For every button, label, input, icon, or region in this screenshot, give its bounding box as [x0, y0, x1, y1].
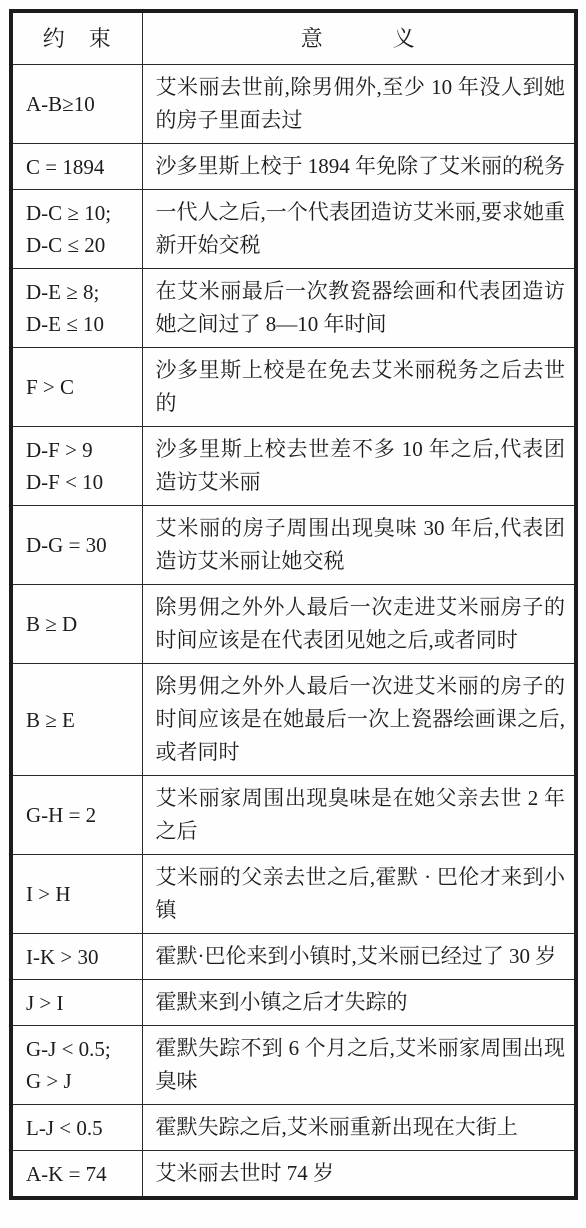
table-row: A-B≥10艾米丽去世前,除男佣外,至少 10 年没人到她的房子里面去过 [11, 65, 576, 144]
meaning-cell: 艾米丽去世时 74 岁 [142, 1151, 576, 1199]
constraint-cell: A-B≥10 [11, 65, 142, 144]
table-header: 约 束 意 义 [11, 11, 576, 65]
constraint-cell: G-H = 2 [11, 776, 142, 855]
table-row: I-K > 30霍默·巴伦来到小镇时,艾米丽已经过了 30 岁 [11, 934, 576, 980]
table-row: D-C ≥ 10; D-C ≤ 20一代人之后,一个代表团造访艾米丽,要求她重新… [11, 190, 576, 269]
header-row: 约 束 意 义 [11, 11, 576, 65]
constraint-cell: D-F > 9 D-F < 10 [11, 427, 142, 506]
table-row: D-E ≥ 8; D-E ≤ 10在艾米丽最后一次教瓷器绘画和代表团造访她之间过… [11, 269, 576, 348]
meaning-cell: 艾米丽家周围出现臭味是在她父亲去世 2 年之后 [142, 776, 576, 855]
table-row: B ≥ D除男佣之外外人最后一次走进艾米丽房子的时间应该是在代表团见她之后,或者… [11, 585, 576, 664]
scanned-page: 约 束 意 义 A-B≥10艾米丽去世前,除男佣外,至少 10 年没人到她的房子… [0, 0, 586, 1228]
constraint-cell: B ≥ E [11, 664, 142, 776]
constraint-cell: B ≥ D [11, 585, 142, 664]
meaning-cell: 艾米丽的房子周围出现臭味 30 年后,代表团造访艾米丽让她交税 [142, 506, 576, 585]
constraint-cell: C = 1894 [11, 144, 142, 190]
meaning-cell: 在艾米丽最后一次教瓷器绘画和代表团造访她之间过了 8—10 年时间 [142, 269, 576, 348]
constraint-cell: D-E ≥ 8; D-E ≤ 10 [11, 269, 142, 348]
column-header-constraint: 约 束 [11, 11, 142, 65]
column-header-meaning: 意 义 [142, 11, 576, 65]
constraint-cell: I > H [11, 855, 142, 934]
meaning-cell: 艾米丽的父亲去世之后,霍默 · 巴伦才来到小镇 [142, 855, 576, 934]
constraint-cell: I-K > 30 [11, 934, 142, 980]
table-row: F > C沙多里斯上校是在免去艾米丽税务之后去世的 [11, 348, 576, 427]
constraint-cell: G-J < 0.5; G > J [11, 1026, 142, 1105]
table-row: G-H = 2艾米丽家周围出现臭味是在她父亲去世 2 年之后 [11, 776, 576, 855]
table-row: L-J < 0.5霍默失踪之后,艾米丽重新出现在大街上 [11, 1105, 576, 1151]
meaning-cell: 沙多里斯上校于 1894 年免除了艾米丽的税务 [142, 144, 576, 190]
table-row: D-G = 30艾米丽的房子周围出现臭味 30 年后,代表团造访艾米丽让她交税 [11, 506, 576, 585]
constraint-cell: L-J < 0.5 [11, 1105, 142, 1151]
table-row: C = 1894沙多里斯上校于 1894 年免除了艾米丽的税务 [11, 144, 576, 190]
table-row: G-J < 0.5; G > J霍默失踪不到 6 个月之后,艾米丽家周围出现臭味 [11, 1026, 576, 1105]
constraint-cell: A-K = 74 [11, 1151, 142, 1199]
table-row: J > I霍默来到小镇之后才失踪的 [11, 980, 576, 1026]
meaning-cell: 艾米丽去世前,除男佣外,至少 10 年没人到她的房子里面去过 [142, 65, 576, 144]
table-row: D-F > 9 D-F < 10沙多里斯上校去世差不多 10 年之后,代表团造访… [11, 427, 576, 506]
table-row: A-K = 74艾米丽去世时 74 岁 [11, 1151, 576, 1199]
constraint-table: 约 束 意 义 A-B≥10艾米丽去世前,除男佣外,至少 10 年没人到她的房子… [9, 9, 578, 1200]
meaning-cell: 沙多里斯上校去世差不多 10 年之后,代表团造访艾米丽 [142, 427, 576, 506]
constraint-cell: F > C [11, 348, 142, 427]
constraint-cell: J > I [11, 980, 142, 1026]
meaning-cell: 一代人之后,一个代表团造访艾米丽,要求她重新开始交税 [142, 190, 576, 269]
meaning-cell: 沙多里斯上校是在免去艾米丽税务之后去世的 [142, 348, 576, 427]
meaning-cell: 除男佣之外外人最后一次进艾米丽的房子的时间应该是在她最后一次上瓷器绘画课之后,或… [142, 664, 576, 776]
constraint-cell: D-G = 30 [11, 506, 142, 585]
constraint-cell: D-C ≥ 10; D-C ≤ 20 [11, 190, 142, 269]
table-body: A-B≥10艾米丽去世前,除男佣外,至少 10 年没人到她的房子里面去过C = … [11, 65, 576, 1199]
meaning-cell: 霍默·巴伦来到小镇时,艾米丽已经过了 30 岁 [142, 934, 576, 980]
meaning-cell: 除男佣之外外人最后一次走进艾米丽房子的时间应该是在代表团见她之后,或者同时 [142, 585, 576, 664]
table-row: I > H艾米丽的父亲去世之后,霍默 · 巴伦才来到小镇 [11, 855, 576, 934]
table-row: B ≥ E除男佣之外外人最后一次进艾米丽的房子的时间应该是在她最后一次上瓷器绘画… [11, 664, 576, 776]
meaning-cell: 霍默失踪之后,艾米丽重新出现在大街上 [142, 1105, 576, 1151]
meaning-cell: 霍默失踪不到 6 个月之后,艾米丽家周围出现臭味 [142, 1026, 576, 1105]
meaning-cell: 霍默来到小镇之后才失踪的 [142, 980, 576, 1026]
